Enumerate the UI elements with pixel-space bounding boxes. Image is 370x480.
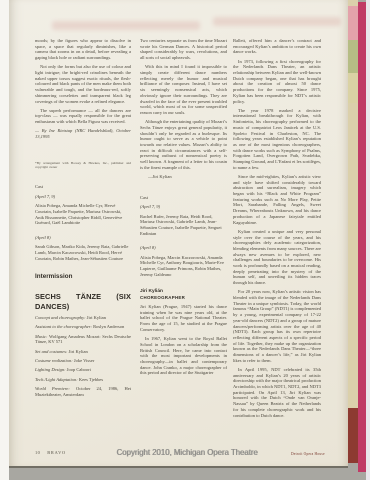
article-paragraph: moods; by the figures who appear to diss… [35, 38, 131, 61]
page-edge-segment-pink [348, 6, 358, 40]
credit-label: World Premiere: [35, 386, 70, 391]
credit-label: Tech./Light Adaptation: [35, 377, 78, 382]
credit-value: Roslyn Anderson [93, 324, 124, 329]
article-paragraph: Not only the forms but also the use of c… [35, 64, 131, 104]
article-paragraph: Two centuries separate us from the time … [140, 38, 227, 61]
venue-stamp: Detroit Opera House [291, 452, 325, 456]
page-edge-segment-green [348, 40, 358, 73]
credit-value: Joke Visser [74, 358, 95, 363]
credit-value: Kees Tjebbes [79, 377, 103, 382]
credit-line: Music: Wolfgang Amadeus Mozart: Sechs De… [35, 334, 131, 345]
scan-outer-edge [366, 0, 370, 480]
cast-names: Alisia Pobega, Amanda Michelle Cyr, Herv… [35, 203, 131, 226]
cast-heading: Cast [35, 184, 131, 190]
page-footer: 10BRAVO [35, 450, 66, 455]
author-signature: —Jiri Kylian [140, 174, 227, 180]
credit-value: Wolfgang Amadeus Mozart: Sechs Deutsche … [35, 334, 131, 345]
article-paragraph: With this in mind I found it impossible … [140, 64, 227, 115]
credit-line: Set and costumes: Jiri Kylian [35, 349, 131, 355]
credit-line: Tech./Light Adaptation: Kees Tjebbes [35, 377, 131, 383]
credit-label: Concept and choreography: [35, 315, 86, 320]
cast-date: (April 8) [140, 245, 227, 251]
article-paragraph: The year 1978 marked a decisive internat… [233, 108, 321, 171]
credit-value: Joop Caboort [67, 367, 91, 372]
credit-label: Costume realization: [35, 358, 73, 363]
cast-names: Sarah Gibson, Mariko Kida, Jeremy Raia, … [35, 244, 131, 261]
credit-label: Music: [35, 334, 48, 339]
credit-line: Concept and choreography: Jiri Kylian [35, 315, 131, 321]
credit-label: Set and costumes: [35, 349, 68, 354]
article-paragraph: Since the mid-eighties, Kylian’s artisti… [233, 174, 321, 225]
bio-paragraph: In 1967, Kylian went to the Royal Ballet… [140, 336, 227, 376]
credit-line: World Premiere: October 24, 1986, Het Mu… [35, 386, 131, 397]
credit-label: Lighting Design: [35, 367, 66, 372]
left-column: moods; by the figures who appear to diss… [35, 38, 131, 401]
credit-line: Costume realization: Joke Visser [35, 358, 131, 364]
article-paragraph: Ballett, offered him a dancer’s contract… [233, 38, 321, 55]
article-paragraph: For 20 years now, Kylian’s artistic visi… [233, 289, 321, 363]
cast-date: (April 8) [35, 235, 131, 241]
copyright-watermark: Copyright 2010, Michigan Opera Theatre [92, 448, 282, 457]
bleed-through-ghost [52, 21, 200, 30]
page-edge-segment-darkred [348, 408, 358, 463]
credit-value: Jiri Kylian [87, 315, 106, 320]
article-paragraph: Kylian created a unique and very persona… [233, 229, 321, 286]
piece-title: SECHS TÄNZE (SIX DANCES) [35, 292, 131, 311]
bio-paragraph: Jiri Kylian (Prague, 1947) started his d… [140, 304, 227, 333]
article-paragraph: In April 1995, NDT celebrated its 35th a… [233, 367, 321, 418]
cast-date: (April 7, 9) [35, 194, 131, 200]
page-number: 10 [35, 450, 40, 455]
review-byline: — By Ine Rietstap (NRC Handelsblad), Oct… [35, 128, 131, 139]
article-paragraph: In 1973, following a first choreography … [233, 59, 321, 105]
page-edge-strip [348, 0, 358, 463]
intermission-heading: Intermission [35, 273, 131, 281]
credit-value: Jiri Kylian [69, 349, 88, 354]
scanned-program-page: { "left_column": { "paragraphs": [ "mood… [0, 0, 370, 480]
page-edge-segment-pale [348, 73, 358, 103]
credit-line: Assistant to the choreographer: Roslyn A… [35, 324, 131, 330]
credit-label: Assistant to the choreographer: [35, 324, 92, 329]
cast-names: Rachel Rufer, Jeremy Raia, Heidi Rood, M… [140, 214, 227, 237]
right-column: Ballett, offered him a dancer’s contract… [233, 38, 321, 422]
cast-heading: Cast [140, 195, 227, 201]
magenta-cover-edge [358, 2, 366, 472]
article-paragraph: The superb performance — all the dancers… [35, 108, 131, 125]
rights-footnote: *By arrangement with Boosey & Hawkes, In… [35, 161, 131, 170]
credit-line: Lighting Design: Joop Caboort [35, 367, 131, 373]
article-paragraph: Although the entertaining quality of Moz… [140, 119, 227, 170]
choreographer-role-heading: CHOREOGRAPHER [140, 295, 227, 301]
scan-white-margin [0, 0, 9, 480]
cast-date: (April 7, 9) [140, 204, 227, 210]
middle-column: Two centuries separate us from the time … [140, 38, 227, 380]
publication-name: BRAVO [47, 450, 66, 455]
cast-names: Alisia Pobega, Marcin Kaczorowski, Amand… [140, 255, 227, 278]
bleed-through-ghost [213, 17, 341, 26]
